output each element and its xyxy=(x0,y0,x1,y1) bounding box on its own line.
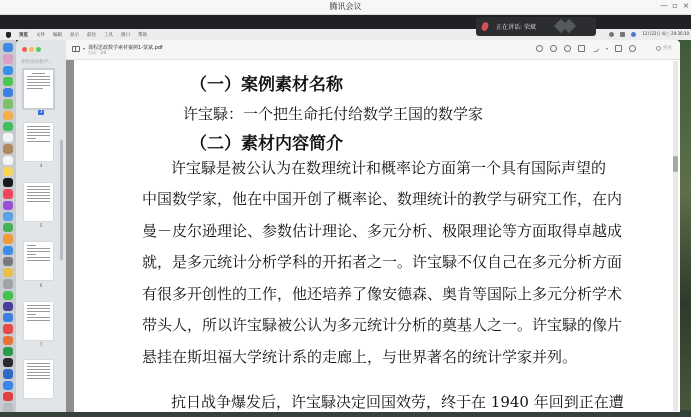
wechat-icon[interactable] xyxy=(3,291,13,300)
siri-icon[interactable] xyxy=(631,32,636,37)
thumbnail-label: 4 xyxy=(16,164,66,169)
heading-case-name: （一）案例素材名称 xyxy=(190,70,343,95)
trash-icon[interactable] xyxy=(3,403,13,412)
zoom-in-icon[interactable] xyxy=(564,45,571,52)
main-scrollbar[interactable] xyxy=(673,61,678,411)
rotate-icon[interactable] xyxy=(615,45,622,52)
pdf-page: ■■■■■■■ （一）案例素材名称 许宝騄：一个把生命托付给数学王国的数学家 （… xyxy=(74,60,668,412)
thumbnail-label: 7 xyxy=(16,343,66,348)
notes-icon[interactable] xyxy=(3,167,13,176)
menu-preview[interactable]: 预览 xyxy=(19,32,28,38)
finder-icon[interactable] xyxy=(3,43,13,52)
speaking-text: 正在讲话: 荣斌 xyxy=(496,22,536,31)
menu-go[interactable]: 前往 xyxy=(87,32,96,38)
thumbnail-page-8[interactable] xyxy=(24,360,53,398)
paragraph-line: 有很多开创性的工作，他还培养了像安德森、奥肯等国际上多元分析学术 xyxy=(142,283,622,304)
app-icon-blue2[interactable] xyxy=(3,369,13,378)
control-center-icon[interactable] xyxy=(620,32,625,37)
thumbnail-page-7[interactable] xyxy=(24,302,53,340)
heading-content-intro: （二）素材内容简介 xyxy=(190,129,343,154)
paragraph-line: 许宝騄是被公认为在数理统计和概率论方面第一个具有国际声望的 xyxy=(171,157,606,178)
paragraph-line: 悬挂在斯坦福大学统计系的走廊上，与世界著名的统计学家并列。 xyxy=(142,346,577,367)
info-icon[interactable] xyxy=(536,45,543,52)
menu-window[interactable]: 窗口 xyxy=(121,32,130,38)
app-icon-red[interactable] xyxy=(3,324,13,333)
maps-icon[interactable] xyxy=(3,99,13,108)
podcasts-icon[interactable] xyxy=(3,201,13,210)
app-icon-red2[interactable] xyxy=(3,392,13,401)
calendar-icon[interactable] xyxy=(3,133,13,142)
thumbnail-page-6[interactable] xyxy=(24,242,53,280)
close-window-button[interactable] xyxy=(22,47,27,52)
apple-icon[interactable] xyxy=(6,32,11,38)
sidebar-title: 课程思政数学... xyxy=(21,59,52,65)
safari-icon[interactable] xyxy=(3,66,13,75)
disk-icon[interactable] xyxy=(3,279,13,288)
chrome-icon[interactable] xyxy=(3,268,13,277)
annotate-icon[interactable] xyxy=(629,45,636,52)
search-icon[interactable] xyxy=(609,32,614,37)
music-icon[interactable] xyxy=(3,189,13,198)
paragraph-line: 就，是多元统计分析学科的开拓者之一。许宝騄不仅自己在多元分析方面 xyxy=(142,251,622,272)
document-page-info: 页码：3/8 xyxy=(88,50,106,56)
sidebar-toggle-icon[interactable] xyxy=(72,46,80,52)
paragraph-line: 抗日战争爆发后，许宝騄决定回国效劳，终于在 1940 年回到正在遭 xyxy=(171,391,624,412)
chevron-down-icon[interactable]: ▾ xyxy=(83,46,85,51)
paragraph-line: 曼－皮尔逊理论、参数估计理论、多元分析、极限理论等方面取得卓越成 xyxy=(142,220,622,241)
menubar-clock[interactable]: 12月22日 周三 20:30:30 xyxy=(642,31,689,37)
meeting-logo-icon xyxy=(556,21,574,31)
thumbnail-label: 3 xyxy=(16,110,66,115)
numbers-icon[interactable] xyxy=(3,223,13,232)
mic-icon xyxy=(481,21,490,32)
maximize-button[interactable]: ▫ xyxy=(670,1,680,10)
launchpad-icon[interactable] xyxy=(3,54,13,63)
scrollbar-thumb[interactable] xyxy=(673,156,678,172)
menu-file[interactable]: 文件 xyxy=(36,32,45,38)
reminders-icon[interactable] xyxy=(3,156,13,165)
thumbnail-page-3[interactable] xyxy=(24,70,53,108)
thumbnail-page-4[interactable] xyxy=(24,123,53,161)
meeting-titlebar: 腾讯会议 — ▫ × xyxy=(0,0,691,15)
search-placeholder: 搜索 xyxy=(663,45,672,51)
zoom-out-icon[interactable] xyxy=(550,45,557,52)
thumbnail-page-5[interactable] xyxy=(24,183,53,221)
facetime-icon[interactable] xyxy=(3,122,13,131)
window-title: 腾讯会议 xyxy=(0,1,691,12)
mail-icon[interactable] xyxy=(3,88,13,97)
sidebar-scrollbar[interactable] xyxy=(60,140,63,260)
desktop-wallpaper xyxy=(680,40,691,417)
appstore-icon[interactable] xyxy=(3,246,13,255)
thumbnail-label: 6 xyxy=(16,284,66,289)
messages-icon[interactable] xyxy=(3,77,13,86)
menu-edit[interactable]: 编辑 xyxy=(53,32,62,38)
speaking-banner: 正在讲话: 荣斌 xyxy=(476,17,596,36)
settings-icon[interactable] xyxy=(3,257,13,266)
markup-pen-icon[interactable] xyxy=(591,44,601,54)
keynote-icon[interactable] xyxy=(3,212,13,221)
dock xyxy=(0,40,16,412)
tencent-meeting-icon[interactable] xyxy=(3,381,13,390)
pages-icon[interactable] xyxy=(3,234,13,243)
page-gutter xyxy=(66,60,74,412)
chevron-down-icon[interactable]: ▾ xyxy=(606,46,608,51)
case-name-line: 许宝騄：一个把生命托付给数学王国的数学家 xyxy=(183,103,483,124)
minimize-button[interactable]: — xyxy=(659,1,669,10)
excel-icon[interactable] xyxy=(3,347,13,356)
app-icon-orange[interactable] xyxy=(3,336,13,345)
preview-toolbar: ▾ 课程思政数学素材案例1-蒙斌.pdf 页码：3/8 ▾ 搜索 xyxy=(66,40,680,60)
contacts-icon[interactable] xyxy=(3,144,13,153)
app-icon-purple[interactable] xyxy=(3,302,13,311)
share-icon[interactable] xyxy=(578,45,585,52)
search-field[interactable]: 搜索 xyxy=(656,45,672,51)
search-icon xyxy=(656,46,661,51)
menu-help[interactable]: 帮助 xyxy=(138,32,147,38)
minimize-window-button[interactable] xyxy=(29,47,34,52)
thumbnail-sidebar: 课程思政数学... 3 4 5 6 7 xyxy=(16,40,66,412)
tv-icon[interactable] xyxy=(3,178,13,187)
close-button[interactable]: × xyxy=(681,1,691,10)
qq-icon[interactable] xyxy=(3,358,13,367)
menu-view[interactable]: 显示 xyxy=(70,32,79,38)
paragraph-line: 中国数学家，他在中国开创了概率论、数理统计的教学与研究工作，在内 xyxy=(142,188,622,209)
preview-window: 课程思政数学... 3 4 5 6 7 ▾ 课程思政数学素材案例1-蒙斌.pdf… xyxy=(16,40,680,412)
zoom-window-button[interactable] xyxy=(36,47,41,52)
thumbnail-label: 5 xyxy=(16,224,66,229)
app-icon-blue[interactable] xyxy=(3,313,13,322)
menu-tools[interactable]: 工具 xyxy=(104,32,113,38)
photos-icon[interactable] xyxy=(3,111,13,120)
paragraph-line: 带头人，所以许宝騄被公认为多元统计分析的奠基人之一。许宝騄的像片 xyxy=(142,314,622,335)
